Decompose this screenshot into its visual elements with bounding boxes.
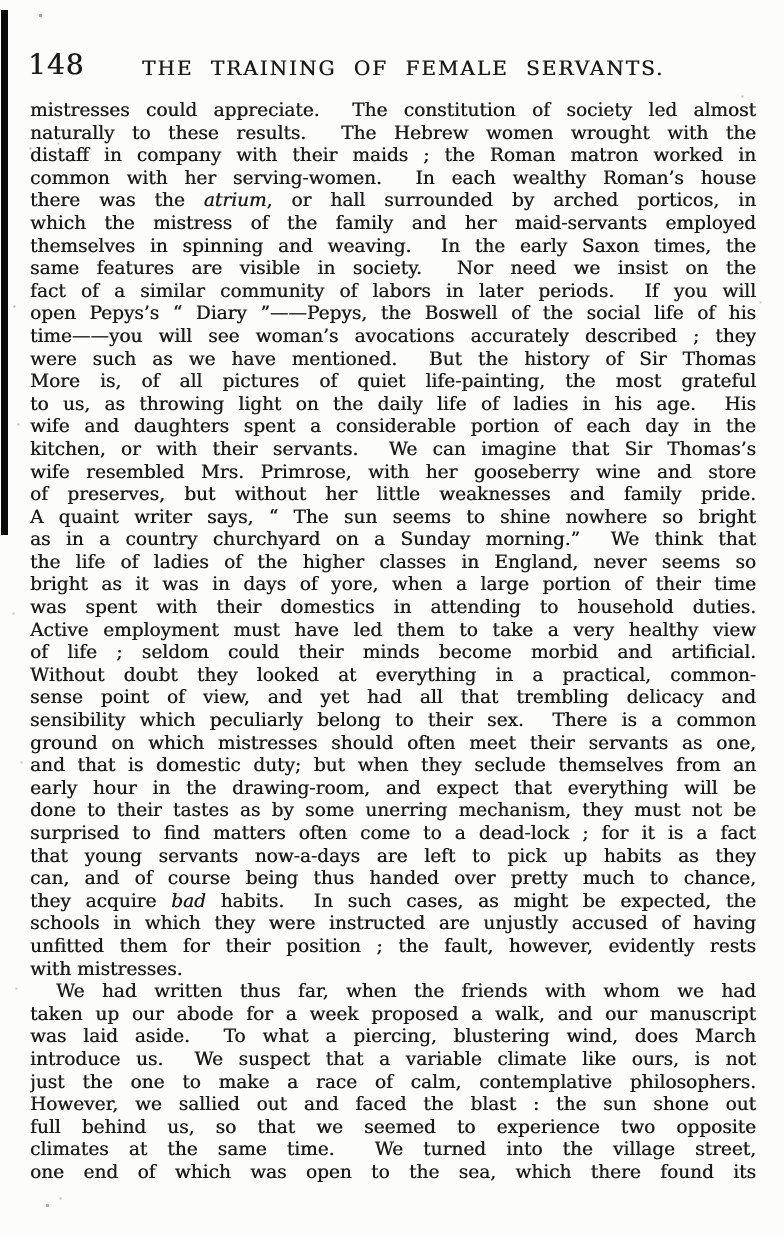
text-segment: kitchen, or with their servants. We can …	[30, 439, 756, 460]
text-segment: can, and of course being thus handed ove…	[30, 868, 756, 889]
text-segment: time——you will see woman’s avocations ac…	[30, 326, 756, 347]
text-line: there was the atrium, or hall surrounded…	[30, 190, 756, 213]
text-line: of life ; seldom could their minds becom…	[30, 642, 756, 665]
text-line: taken up our abode for a week proposed a…	[30, 1004, 756, 1027]
text-line: time——you will see woman’s avocations ac…	[30, 326, 756, 349]
text-segment: there was the	[30, 190, 204, 211]
text-segment: the life of ladies of the higher classes…	[30, 552, 756, 573]
text-line: More is, of all pictures of quiet life-p…	[30, 371, 756, 394]
text-segment: and that is domestic duty; but when they…	[30, 755, 756, 776]
text-line: common with her serving-women. In each w…	[30, 168, 756, 191]
text-line: same features are visible in society. No…	[30, 258, 756, 281]
text-segment: which the mistress of the family and her…	[30, 213, 756, 234]
text-line: themselves in spinning and weaving. In t…	[30, 236, 756, 259]
text-segment: was laid aside. To what a piercing, blus…	[30, 1026, 756, 1047]
text-segment: habits. In such cases, as might be expec…	[206, 891, 756, 912]
text-line: naturally to these results. The Hebrew w…	[30, 123, 756, 146]
text-line: kitchen, or with their servants. We can …	[30, 439, 756, 462]
text-segment: wife resembled Mrs. Primrose, with her g…	[30, 462, 756, 483]
text-segment: mistresses could appreciate. The constit…	[30, 100, 756, 121]
text-segment: to us, as throwing light on the daily li…	[30, 394, 756, 415]
text-line: ground on which mistresses should often …	[30, 733, 756, 756]
scan-edge-artifact	[1, 10, 8, 535]
text-line: distaff in company with their maids ; th…	[30, 145, 756, 168]
text-segment: one end of which was open to the sea, wh…	[30, 1162, 756, 1183]
text-segment: with mistresses.	[30, 959, 182, 980]
text-line: fact of a similar community of labors in…	[30, 281, 756, 304]
text-segment: schools in which they were instructed ar…	[30, 913, 756, 934]
page-number: 148	[28, 48, 84, 81]
italic-text: atrium	[204, 190, 267, 211]
text-segment: ground on which mistresses should often …	[30, 733, 756, 754]
text-line: wife and daughters spent a considerable …	[30, 416, 756, 439]
italic-text: bad	[171, 891, 206, 912]
text-segment: bright as it was in days of yore, when a…	[30, 574, 756, 595]
text-segment: , or hall surrounded by arched porticos,…	[266, 190, 756, 211]
text-segment: open Pepys’s “ Diary ”——Pepys, the Boswe…	[30, 303, 756, 324]
text-segment: Without doubt they looked at everything …	[30, 665, 756, 686]
text-segment: full behind us, so that we seemed to exp…	[30, 1117, 756, 1138]
text-line: bright as it was in days of yore, when a…	[30, 574, 756, 597]
text-line: schools in which they were instructed ar…	[30, 913, 756, 936]
text-segment: wife and daughters spent a considerable …	[30, 416, 756, 437]
text-segment: unfitted them for their position ; the f…	[30, 936, 756, 957]
text-line: as in a country churchyard on a Sunday m…	[30, 529, 756, 552]
text-segment: taken up our abode for a week proposed a…	[30, 1004, 756, 1025]
running-title: THE TRAINING OF FEMALE SERVANTS.	[142, 56, 664, 80]
text-line: of preserves, but without her little wea…	[30, 484, 756, 507]
text-segment: naturally to these results. The Hebrew w…	[30, 123, 756, 144]
text-line: sense point of view, and yet had all tha…	[30, 687, 756, 710]
text-line: that young servants now-a-days are left …	[30, 846, 756, 869]
text-line: one end of which was open to the sea, wh…	[30, 1162, 756, 1185]
text-segment: A quaint writer says, “ The sun seems to…	[30, 507, 756, 528]
text-segment: However, we sallied out and faced the bl…	[30, 1094, 756, 1115]
text-segment: Active employment must have led them to …	[30, 620, 756, 641]
text-line: were such as we have mentioned. But the …	[30, 349, 756, 372]
text-segment: as in a country churchyard on a Sunday m…	[30, 529, 756, 550]
text-line: done to their tastes as by some unerring…	[30, 800, 756, 823]
text-segment: More is, of all pictures of quiet life-p…	[30, 371, 756, 392]
text-segment: just the one to make a race of calm, con…	[30, 1072, 756, 1093]
text-segment: were such as we have mentioned. But the …	[30, 349, 756, 370]
text-line: Active employment must have led them to …	[30, 620, 756, 643]
text-line: sensibility which peculiarly belong to t…	[30, 710, 756, 733]
text-line: open Pepys’s “ Diary ”——Pepys, the Boswe…	[30, 303, 756, 326]
text-line: was laid aside. To what a piercing, blus…	[30, 1026, 756, 1049]
text-segment: sense point of view, and yet had all tha…	[30, 687, 756, 708]
text-segment: was spent with their domestics in attend…	[30, 597, 756, 618]
text-segment: sensibility which peculiarly belong to t…	[30, 710, 756, 731]
text-line: unfitted them for their position ; the f…	[30, 936, 756, 959]
text-line: the life of ladies of the higher classes…	[30, 552, 756, 575]
text-segment: fact of a similar community of labors in…	[30, 281, 756, 302]
text-line: was spent with their domestics in attend…	[30, 597, 756, 620]
text-line: and that is domestic duty; but when they…	[30, 755, 756, 778]
text-line: Without doubt they looked at everything …	[30, 665, 756, 688]
text-line: which the mistress of the family and her…	[30, 213, 756, 236]
scan-specks	[0, 0, 1, 1]
body-text: mistresses could appreciate. The constit…	[30, 100, 756, 1185]
text-line: surprised to find matters often come to …	[30, 823, 756, 846]
text-segment: same features are visible in society. No…	[30, 258, 756, 279]
text-segment: climates at the same time. We turned int…	[30, 1139, 756, 1160]
text-line: wife resembled Mrs. Primrose, with her g…	[30, 462, 756, 485]
text-segment: early hour in the drawing-room, and expe…	[30, 778, 756, 799]
text-line: mistresses could appreciate. The constit…	[30, 100, 756, 123]
text-line: early hour in the drawing-room, and expe…	[30, 778, 756, 801]
text-line: just the one to make a race of calm, con…	[30, 1072, 756, 1095]
scanned-page: 148 THE TRAINING OF FEMALE SERVANTS. mis…	[0, 0, 784, 1237]
text-line: However, we sallied out and faced the bl…	[30, 1094, 756, 1117]
text-segment: We had written thus far, when the friend…	[56, 981, 756, 1002]
text-segment: themselves in spinning and weaving. In t…	[30, 236, 756, 257]
text-segment: of preserves, but without her little wea…	[30, 484, 756, 505]
text-line: can, and of course being thus handed ove…	[30, 868, 756, 891]
text-line: climates at the same time. We turned int…	[30, 1139, 756, 1162]
text-line: We had written thus far, when the friend…	[30, 981, 756, 1004]
text-segment: that young servants now-a-days are left …	[30, 846, 756, 867]
text-segment: done to their tastes as by some unerring…	[30, 800, 756, 821]
text-segment: of life ; seldom could their minds becom…	[30, 642, 756, 663]
text-segment: surprised to find matters often come to …	[30, 823, 756, 844]
text-line: with mistresses.	[30, 959, 756, 982]
text-segment: common with her serving-women. In each w…	[30, 168, 756, 189]
text-line: full behind us, so that we seemed to exp…	[30, 1117, 756, 1140]
text-segment: they acquire	[30, 891, 171, 912]
text-line: A quaint writer says, “ The sun seems to…	[30, 507, 756, 530]
text-line: to us, as throwing light on the daily li…	[30, 394, 756, 417]
text-line: they acquire bad habits. In such cases, …	[30, 891, 756, 914]
text-line: introduce us. We suspect that a variable…	[30, 1049, 756, 1072]
text-segment: introduce us. We suspect that a variable…	[30, 1049, 756, 1070]
text-segment: distaff in company with their maids ; th…	[30, 145, 756, 166]
